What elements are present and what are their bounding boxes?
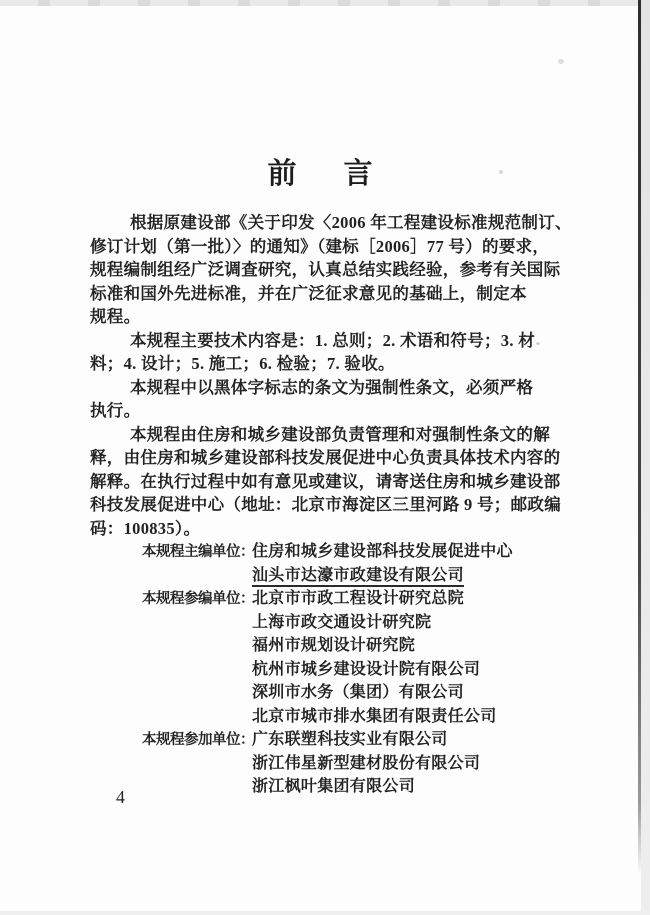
line-text: 标准和国外先进标准，并在广泛征求意见的基础上，制定本	[90, 284, 527, 303]
line-text: 北京市市政工程设计研究总院	[252, 590, 464, 607]
line-text: 福州市规划设计研究院	[252, 637, 415, 654]
title-char-first: 前	[267, 158, 296, 190]
text-line: 标准和国外先进标准，并在广泛征求意见的基础上，制定本	[90, 282, 568, 306]
text-line: 上海市政交通设计研究院	[90, 611, 568, 635]
text-line: 料；4. 设计；5. 施工；6. 检验；7. 验收。	[90, 352, 568, 376]
line-text: 执行。	[90, 401, 140, 420]
line-text: 科技发展促进中心（地址：北京市海淀区三里河路 9 号；邮政编	[90, 495, 561, 514]
scan-speck	[558, 59, 564, 64]
text-line: 科技发展促进中心（地址：北京市海淀区三里河路 9 号；邮政编	[90, 493, 568, 517]
line-text: 本规程由住房和城乡建设部负责管理和对强制性条文的解	[130, 425, 550, 444]
line-text: 码：100835）。	[90, 519, 200, 538]
text-line: 规程。	[90, 305, 568, 329]
line-text: 料；4. 设计；5. 施工；6. 检验；7. 验收。	[90, 354, 395, 373]
line-text: 本规程中以黑体字标志的条文为强制性条文，必须严格	[130, 378, 533, 397]
line-text: 修订计划（第一批）〉的通知》（建标［2006］77 号）的要求，	[90, 237, 549, 256]
text-line: 根据原建设部《关于印发〈2006 年工程建设标准规范制订、	[90, 211, 568, 235]
line-text: 北京市城市排水集团有限责任公司	[252, 708, 497, 725]
document-content: 根据原建设部《关于印发〈2006 年工程建设标准规范制订、修订计划（第一批）〉的…	[90, 211, 568, 799]
line-text: 汕头市达濠市政建设有限公司	[252, 567, 464, 587]
line-text: 杭州市城乡建设设计院有限公司	[252, 661, 480, 678]
line-text: 浙江伟星新型建材股份有限公司	[252, 755, 480, 772]
text-line: 汕头市达濠市政建设有限公司	[90, 564, 568, 588]
scan-bottom-edge	[0, 911, 650, 915]
line-text: 解释。在执行过程中如有意见或建议，请寄送住房和城乡建设部	[90, 472, 560, 491]
text-line: 深圳市水务（集团）有限公司	[90, 681, 568, 705]
line-text: 深圳市水务（集团）有限公司	[252, 684, 464, 701]
title-char-second: 言	[344, 158, 373, 190]
text-line: 杭州市城乡建设设计院有限公司	[90, 658, 568, 682]
text-line: 释，由住房和城乡建设部科技发展促进中心负责具体技术内容的	[90, 446, 568, 470]
text-line: 本规程由住房和城乡建设部负责管理和对强制性条文的解	[90, 423, 568, 447]
text-line: 码：100835）。	[90, 517, 568, 541]
unit-role-label: 本规程主编单位：	[142, 541, 252, 565]
line-text: 根据原建设部《关于印发〈2006 年工程建设标准规范制订、	[130, 213, 572, 232]
line-text: 释，由住房和城乡建设部科技发展促进中心负责具体技术内容的	[90, 448, 560, 467]
line-text: 浙江枫叶集团有限公司	[252, 778, 415, 795]
line-text: 广东联塑科技实业有限公司	[252, 731, 448, 748]
unit-role-label: 本规程参编单位：	[142, 588, 252, 612]
text-line: 本规程主要技术内容是：1. 总则；2. 术语和符号；3. 材	[90, 329, 568, 353]
line-text: 本规程主要技术内容是：1. 总则；2. 术语和符号；3. 材	[130, 331, 535, 350]
unit-role-label: 本规程参加单位：	[142, 729, 252, 753]
text-line: 浙江伟星新型建材股份有限公司	[90, 752, 568, 776]
text-line: 北京市城市排水集团有限责任公司	[90, 705, 568, 729]
page-number: 4	[116, 787, 125, 808]
line-text: 住房和城乡建设部科技发展促进中心	[252, 543, 513, 560]
text-line: 本规程参加单位：广东联塑科技实业有限公司	[90, 728, 568, 752]
text-line: 本规程中以黑体字标志的条文为强制性条文，必须严格	[90, 376, 568, 400]
text-line: 解释。在执行过程中如有意见或建议，请寄送住房和城乡建设部	[90, 470, 568, 494]
line-text: 规程编制组经广泛调查研究，认真总结实践经验，参考有关国际	[90, 260, 560, 279]
text-line: 修订计划（第一批）〉的通知》（建标［2006］77 号）的要求，	[90, 235, 568, 259]
text-line: 规程编制组经广泛调查研究，认真总结实践经验，参考有关国际	[90, 258, 568, 282]
text-line: 执行。	[90, 399, 568, 423]
page-title: 前言	[0, 151, 640, 192]
text-line: 浙江枫叶集团有限公司	[90, 775, 568, 799]
scan-right-edge-strip	[641, 0, 650, 915]
scanned-document-page: 前言 根据原建设部《关于印发〈2006 年工程建设标准规范制订、修订计划（第一批…	[0, 0, 650, 915]
text-line: 本规程主编单位：住房和城乡建设部科技发展促进中心	[90, 540, 568, 564]
line-text: 规程。	[90, 307, 140, 326]
line-text: 上海市政交通设计研究院	[252, 614, 431, 631]
text-line: 福州市规划设计研究院	[90, 634, 568, 658]
scan-top-edge	[0, 0, 650, 6]
text-line: 本规程参编单位：北京市市政工程设计研究总院	[90, 587, 568, 611]
